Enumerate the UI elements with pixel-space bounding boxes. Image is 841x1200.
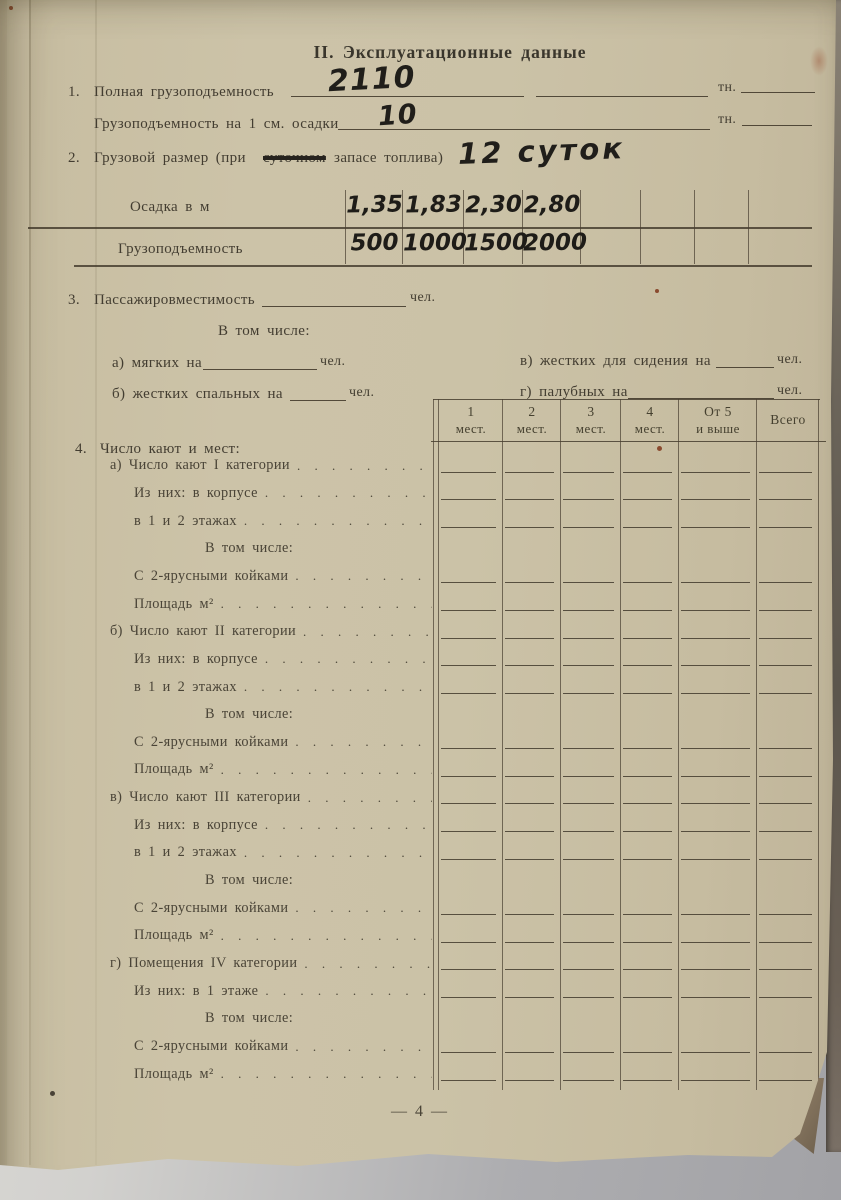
cabin-table-row	[438, 922, 818, 950]
dot-leaders	[265, 817, 432, 833]
cabin-cell	[560, 563, 620, 591]
cabin-cell	[678, 618, 756, 646]
cabin-cell	[678, 1060, 756, 1088]
blank-line	[203, 369, 317, 370]
cabin-cell	[756, 563, 818, 591]
blank-line	[741, 92, 815, 93]
draft-value-handwritten: 1000	[403, 229, 464, 256]
page-number: — 4 —	[320, 1103, 520, 1121]
item3-row-v: в) жестких для сидения на	[520, 353, 711, 370]
cabin-row-label: В том числе:	[110, 867, 436, 895]
cabin-cell	[560, 507, 620, 535]
column-rule	[748, 190, 749, 264]
cabin-cell	[678, 563, 756, 591]
cabin-row-label-text: в) Число кают III категории	[110, 789, 301, 806]
cabin-cell	[678, 894, 756, 922]
cabin-table-row	[438, 1033, 818, 1061]
cabin-row-label: В том числе:	[110, 701, 436, 729]
cabin-cell	[438, 950, 502, 978]
cabin-cell	[560, 701, 620, 729]
cabin-row-label-text: В том числе:	[205, 1010, 293, 1027]
cabin-row-label: В том числе:	[110, 535, 436, 563]
cabin-cell	[438, 701, 502, 729]
cabin-row-label: Из них: в корпусе	[110, 480, 436, 508]
item3-subheading: В том числе:	[218, 323, 310, 340]
cabin-cell	[438, 922, 502, 950]
cabin-row-label-text: В том числе:	[205, 706, 293, 723]
cabin-cell	[560, 1033, 620, 1061]
cabin-cell	[560, 867, 620, 895]
cabin-cell	[560, 590, 620, 618]
cabin-row-label-text: С 2-ярусными койками	[134, 734, 288, 751]
cabin-cell	[678, 922, 756, 950]
draft-row1-values: 1,351,832,302,80	[346, 192, 581, 218]
blank-line	[742, 125, 812, 126]
blank-line	[290, 400, 346, 401]
cabin-cell	[438, 811, 502, 839]
speck	[655, 289, 659, 293]
cabin-row-label-text: В том числе:	[205, 540, 293, 557]
column-rule	[640, 190, 641, 264]
dot-leaders	[295, 1039, 432, 1055]
cabin-table-row	[438, 950, 818, 978]
cabin-cell	[560, 977, 620, 1005]
cabin-cell	[560, 729, 620, 757]
blank-line	[291, 96, 524, 97]
cabin-row-label-text: Площадь м²	[134, 1066, 214, 1083]
cabin-table-row	[438, 1005, 818, 1033]
speck	[9, 6, 13, 10]
cabin-table-row	[438, 729, 818, 757]
unit-tn: тн.	[718, 112, 736, 128]
cabin-table-row	[438, 894, 818, 922]
cabin-cell	[502, 729, 560, 757]
cabin-cell	[756, 673, 818, 701]
cabin-cell	[438, 507, 502, 535]
cabin-cell	[756, 1060, 818, 1088]
cabin-row-label: Площадь м²	[110, 756, 436, 784]
cabin-table-top-rule	[433, 399, 820, 400]
cabin-row-label: Площадь м²	[110, 922, 436, 950]
cabin-cell	[756, 977, 818, 1005]
cabin-row-label: С 2-ярусными койками	[110, 894, 436, 922]
cabin-cell	[678, 1005, 756, 1033]
cabin-table-row	[438, 1060, 818, 1088]
cabin-cell	[678, 867, 756, 895]
cabin-cell	[756, 480, 818, 508]
item1-label: Полная грузоподъемность	[94, 84, 274, 101]
cabin-cell	[678, 839, 756, 867]
cabin-row-label: Из них: в корпусе	[110, 646, 436, 674]
cabin-table-row	[438, 839, 818, 867]
cabin-cell	[620, 563, 678, 591]
cabin-row-label-text: а) Число кают I категории	[110, 457, 290, 474]
cabin-row-label: Из них: в 1 этаже	[110, 977, 436, 1005]
cabin-table-row	[438, 867, 818, 895]
cabin-row-label-text: в 1 и 2 этажах	[134, 679, 237, 696]
dot-leaders	[304, 956, 432, 972]
cabin-cell	[438, 839, 502, 867]
cabin-cell	[438, 1005, 502, 1033]
item3-row-b: б) жестких спальных на	[112, 386, 283, 403]
cabin-header-line1: От 5	[704, 404, 732, 421]
draft-value-handwritten: 500	[346, 230, 403, 257]
cabin-cell	[620, 535, 678, 563]
cabin-table-header-rule	[431, 441, 826, 442]
unit-chel: чел.	[777, 352, 802, 368]
unit-chel: чел.	[349, 385, 374, 401]
draft-value-handwritten: 1,83	[403, 191, 464, 218]
item1-line2-value-handwritten: 10	[377, 99, 419, 133]
cabin-cell	[756, 811, 818, 839]
cabin-cell	[620, 1060, 678, 1088]
cabin-cell	[502, 839, 560, 867]
cabin-header-cell: Всего	[757, 402, 819, 439]
dot-leaders	[221, 928, 432, 944]
cabin-row-label-text: Из них: в корпусе	[134, 651, 258, 668]
cabin-cell	[756, 507, 818, 535]
cabin-cell	[502, 618, 560, 646]
draft-value-handwritten: 1,35	[346, 192, 403, 219]
cabin-table-row	[438, 480, 818, 508]
cabin-cell	[438, 535, 502, 563]
cabin-cell	[620, 1005, 678, 1033]
cabin-cell	[502, 673, 560, 701]
cabin-cell	[620, 507, 678, 535]
cabin-cell	[438, 894, 502, 922]
cabin-cell	[502, 1060, 560, 1088]
cabin-row-label: Площадь м²	[110, 590, 436, 618]
binding-light-band	[7, 0, 29, 1200]
blank-line	[536, 96, 708, 97]
cabin-cell	[620, 729, 678, 757]
cabin-cell	[438, 673, 502, 701]
cabin-cell	[678, 950, 756, 978]
cabin-row-label-text: Из них: в корпусе	[134, 485, 258, 502]
cabin-cell	[438, 867, 502, 895]
cabin-table-row	[438, 618, 818, 646]
cabin-table-row	[438, 756, 818, 784]
cabin-cell	[756, 590, 818, 618]
cabin-cell	[620, 811, 678, 839]
item2-struck-word: суточном	[263, 150, 326, 167]
cabin-header-line2: мест.	[576, 421, 607, 437]
cabin-row-label: Из них: в корпусе	[110, 811, 436, 839]
cabin-header-line1: 3	[587, 404, 594, 421]
cabin-cell	[678, 811, 756, 839]
cabin-header-cell: 1 мест.	[439, 402, 503, 439]
cabin-table-row	[438, 977, 818, 1005]
cabin-table-row	[438, 507, 818, 535]
cabin-cell	[756, 756, 818, 784]
cabin-cell	[438, 784, 502, 812]
paper-crease	[29, 0, 31, 1165]
dot-leaders	[308, 790, 432, 806]
cabin-cell	[560, 480, 620, 508]
cabin-cell	[438, 618, 502, 646]
dot-leaders	[244, 845, 432, 861]
cabin-cell	[502, 1033, 560, 1061]
cabin-cell	[756, 784, 818, 812]
cabin-cell	[502, 977, 560, 1005]
cabin-table-header: 1 мест. 2 мест. 3 мест. 4 мест. От 5 и в…	[439, 402, 818, 439]
cabin-row-label: в 1 и 2 этажах	[110, 507, 436, 535]
dot-leaders	[221, 1066, 432, 1082]
page-title: II. Эксплуатационные данные	[60, 42, 840, 63]
cabin-header-line1: 2	[528, 404, 535, 421]
cabin-row-label-text: В том числе:	[205, 872, 293, 889]
cabin-cell	[756, 701, 818, 729]
cabin-header-cell: 3 мест.	[561, 402, 621, 439]
scanned-page: II. Эксплуатационные данные 1. Полная гр…	[0, 0, 841, 1200]
cabin-row-label-text: Площадь м²	[134, 596, 214, 613]
dot-leaders	[295, 734, 432, 750]
cabin-cell	[756, 922, 818, 950]
cabin-row-label-text: в 1 и 2 этажах	[134, 513, 237, 530]
cabin-cell	[560, 1060, 620, 1088]
item1-line2-label: Грузоподъемность на 1 см. осадки	[94, 116, 339, 133]
cabin-cell	[620, 922, 678, 950]
cabin-cell	[620, 618, 678, 646]
cabin-cell	[502, 1005, 560, 1033]
cabin-header-cell: 2 мест.	[503, 402, 561, 439]
cabin-cell	[502, 894, 560, 922]
cabin-cell	[560, 673, 620, 701]
cabin-row-label-text: Площадь м²	[134, 761, 214, 778]
cabin-cell	[756, 867, 818, 895]
item3-row-a: а) мягких на	[112, 355, 202, 372]
column-rule	[694, 190, 695, 264]
cabin-header-cell: 4 мест.	[621, 402, 679, 439]
cabin-table-row	[438, 590, 818, 618]
cabin-table-row	[438, 452, 818, 480]
cabin-cell	[678, 701, 756, 729]
draft-value-handwritten: 2000	[523, 229, 581, 256]
cabin-cell	[678, 784, 756, 812]
dot-leaders	[295, 568, 432, 584]
cabin-row-label: г) Помещения IV категории	[110, 950, 436, 978]
cabin-cell	[438, 756, 502, 784]
cabin-cell	[620, 590, 678, 618]
cabin-cell	[560, 839, 620, 867]
cabin-cell	[678, 729, 756, 757]
cabin-cell	[678, 590, 756, 618]
cabin-cell	[620, 784, 678, 812]
table-rule	[74, 265, 812, 267]
draft-row2-values: 500100015002000	[346, 230, 581, 256]
draft-value-handwritten: 2,80	[523, 191, 581, 218]
cabin-cell	[560, 756, 620, 784]
cabin-cell	[502, 535, 560, 563]
dot-leaders	[221, 762, 432, 778]
dot-leaders	[221, 596, 432, 612]
item2-value-handwritten: 12 суток	[457, 131, 625, 171]
item1-number: 1.	[68, 84, 80, 101]
speck	[657, 446, 662, 451]
cabin-table-row	[438, 563, 818, 591]
cabin-cell	[678, 646, 756, 674]
cabin-cell	[560, 784, 620, 812]
cabin-cell	[560, 618, 620, 646]
blank-line	[716, 367, 774, 368]
cabin-cell	[502, 646, 560, 674]
cabin-header-line1: Всего	[770, 412, 806, 429]
cabin-cell	[620, 977, 678, 1005]
cabin-cell	[438, 977, 502, 1005]
cabin-cell	[620, 950, 678, 978]
cabin-cell	[502, 563, 560, 591]
cabin-cell	[620, 701, 678, 729]
cabin-table-body	[438, 452, 818, 1088]
cabin-cell	[560, 452, 620, 480]
cabin-cell	[620, 839, 678, 867]
cabin-header-line2: мест.	[635, 421, 666, 437]
cabin-cell	[620, 756, 678, 784]
cabin-cell	[438, 452, 502, 480]
cabin-cell	[438, 480, 502, 508]
cabin-cell	[560, 811, 620, 839]
cabin-cell	[678, 1033, 756, 1061]
cabin-cell	[756, 646, 818, 674]
cabin-cell	[756, 452, 818, 480]
cabin-cell	[560, 950, 620, 978]
cabin-row-label-text: С 2-ярусными койками	[134, 900, 288, 917]
cabin-cell	[502, 784, 560, 812]
cabin-row-label: С 2-ярусными койками	[110, 729, 436, 757]
speck	[50, 1091, 55, 1096]
cabin-cell	[620, 673, 678, 701]
cabin-cell	[560, 922, 620, 950]
cabin-cell	[756, 1005, 818, 1033]
cabin-rows-labels: а) Число кают I категории Из них: в корп…	[110, 452, 436, 1088]
cabin-header-line2: мест.	[456, 421, 487, 437]
cabin-table-row	[438, 701, 818, 729]
dot-leaders	[265, 485, 432, 501]
unit-tn: тн.	[718, 80, 736, 96]
cabin-row-label-text: г) Помещения IV категории	[110, 955, 297, 972]
dot-leaders	[297, 458, 432, 474]
cabin-cell	[756, 950, 818, 978]
cabin-cell	[756, 729, 818, 757]
cabin-row-label: В том числе:	[110, 1005, 436, 1033]
cabin-row-label-text: С 2-ярусными койками	[134, 1038, 288, 1055]
item2-label-before: Грузовой размер (при	[94, 150, 246, 167]
dot-leaders	[265, 983, 432, 999]
cabin-row-label: в) Число кают III категории	[110, 784, 436, 812]
item2-label-after: запасе топлива)	[334, 150, 443, 167]
cabin-cell	[756, 618, 818, 646]
cabin-header-line1: 4	[646, 404, 653, 421]
item1-value-handwritten: 2110	[327, 60, 416, 100]
cabin-cell	[620, 480, 678, 508]
cabin-cell	[620, 1033, 678, 1061]
dot-leaders	[244, 513, 432, 529]
cabin-cell	[620, 452, 678, 480]
cabin-cell	[620, 867, 678, 895]
paper-crease	[95, 0, 97, 1165]
cabin-header-cell: От 5 и выше	[679, 402, 757, 439]
cabin-cell	[678, 977, 756, 1005]
cabin-row-label: б) Число кают II категории	[110, 618, 436, 646]
cabin-row-label: С 2-ярусными койками	[110, 1033, 436, 1061]
cabin-row-label-text: Из них: в корпусе	[134, 817, 258, 834]
cabin-cell	[678, 480, 756, 508]
cabin-row-label-text: Площадь м²	[134, 927, 214, 944]
cabin-table-row	[438, 811, 818, 839]
item2-number: 2.	[68, 150, 80, 167]
cabin-cell	[756, 1033, 818, 1061]
cabin-row-label: в 1 и 2 этажах	[110, 673, 436, 701]
cabin-cell	[438, 646, 502, 674]
cabin-header-line1: 1	[467, 404, 474, 421]
cabin-cell	[560, 535, 620, 563]
draft-row1-label: Осадка в м	[130, 199, 210, 216]
blank-line	[262, 306, 406, 307]
cabin-cell	[678, 673, 756, 701]
cabin-cell	[438, 563, 502, 591]
cabin-cell	[438, 729, 502, 757]
paper-sheet: II. Эксплуатационные данные 1. Полная гр…	[0, 0, 841, 1200]
cabin-cell	[502, 507, 560, 535]
unit-chel: чел.	[320, 354, 345, 370]
cabin-cell	[502, 701, 560, 729]
cabin-row-label: Площадь м²	[110, 1060, 436, 1088]
cabin-row-label-text: б) Число кают II категории	[110, 623, 296, 640]
cabin-cell	[756, 839, 818, 867]
cabin-header-line2: мест.	[517, 421, 548, 437]
dot-leaders	[295, 900, 432, 916]
cabin-row-label: в 1 и 2 этажах	[110, 839, 436, 867]
cabin-cell	[438, 1033, 502, 1061]
draft-value-handwritten: 2,30	[464, 191, 523, 218]
cabin-row-label-text: С 2-ярусными койками	[134, 568, 288, 585]
cabin-cell	[502, 950, 560, 978]
cabin-cell	[438, 590, 502, 618]
cabin-cell	[678, 507, 756, 535]
item3-label: Пассажировместимость	[94, 292, 255, 309]
cabin-cell	[502, 867, 560, 895]
cabin-row-label: С 2-ярусными койками	[110, 563, 436, 591]
cabin-table-row	[438, 784, 818, 812]
cabin-cell	[502, 922, 560, 950]
item4-number: 4.	[75, 441, 87, 458]
cabin-cell	[620, 646, 678, 674]
item3-number: 3.	[68, 292, 80, 309]
dot-leaders	[265, 651, 432, 667]
cabin-table-row	[438, 535, 818, 563]
draft-value-handwritten: 1500	[464, 229, 523, 256]
cabin-row-label: а) Число кают I категории	[110, 452, 436, 480]
unit-chel: чел.	[777, 383, 802, 399]
cabin-cell	[756, 894, 818, 922]
dot-leaders	[244, 679, 432, 695]
cabin-cell	[678, 535, 756, 563]
cabin-cell	[620, 894, 678, 922]
cabin-column-rule	[818, 399, 819, 1090]
cabin-header-line2: и выше	[696, 421, 740, 437]
cabin-cell	[502, 590, 560, 618]
cabin-table-row	[438, 646, 818, 674]
unit-chel: чел.	[410, 290, 435, 306]
dot-leaders	[303, 624, 432, 640]
cabin-cell	[502, 811, 560, 839]
cabin-cell	[502, 452, 560, 480]
cabin-cell	[756, 535, 818, 563]
cabin-cell	[438, 1060, 502, 1088]
draft-row2-label: Грузоподъемность	[118, 241, 243, 258]
cabin-cell	[560, 646, 620, 674]
cabin-cell	[678, 452, 756, 480]
